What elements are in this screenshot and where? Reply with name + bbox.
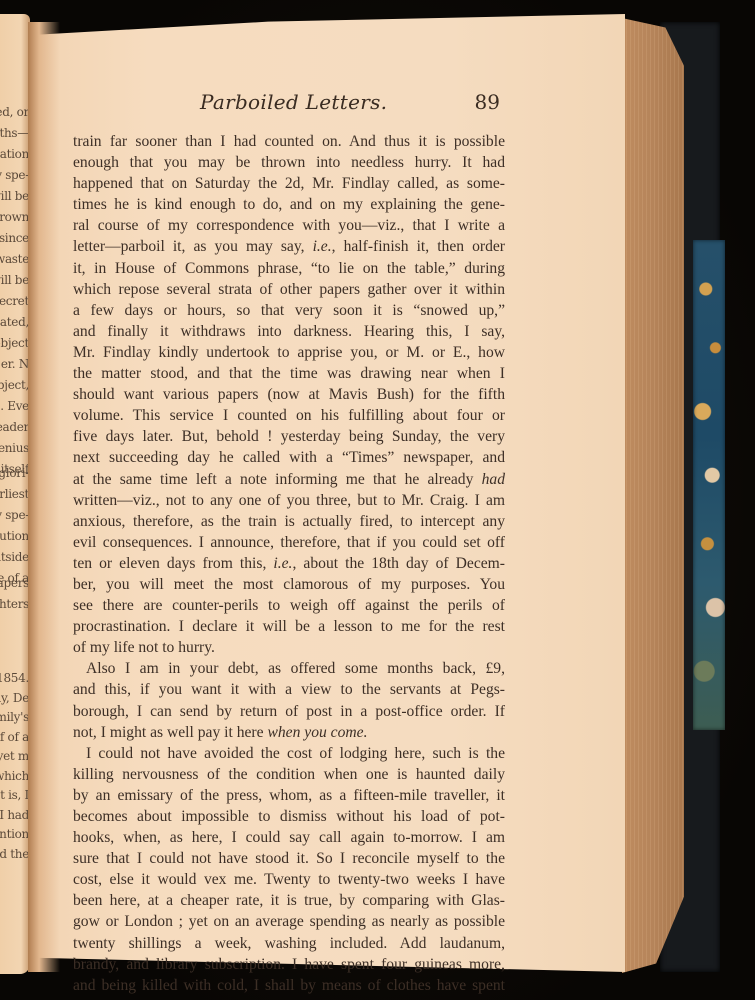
text-line: next succeeding day he called with a “Ti… <box>73 447 505 468</box>
text-line: letter—parboil it, as you may say, i.e.,… <box>73 236 505 257</box>
text-line: cost, else it would vex me. Twenty to tw… <box>73 869 505 890</box>
facing-page-text: nplated, <box>0 315 29 329</box>
facing-page-text: elation <box>0 147 29 161</box>
text-line: volume. This service I counted on his fu… <box>73 405 505 426</box>
body-text: train far sooner than I had counted on. … <box>73 131 505 996</box>
text-line: sure that I could not have stood it. So … <box>73 848 505 869</box>
facing-page-text: a secret <box>0 294 29 308</box>
facing-page-text: ughters <box>0 597 29 611</box>
text-line: by an emissary of the press, whom, as a … <box>73 785 505 806</box>
facing-page-text: o waste <box>0 252 29 266</box>
facing-page-text: y will be <box>0 273 29 287</box>
facing-page-text: e object <box>0 336 29 350</box>
text-line: killing nervousness of the condition whe… <box>73 764 505 785</box>
text-line: and being killed with cold, I shall by m… <box>73 975 505 996</box>
text-line: not, I might as well pay it here when yo… <box>73 722 505 743</box>
running-head: Parboiled Letters. <box>200 90 387 114</box>
text-line: ber, you will meet the most clamorous of… <box>73 574 505 595</box>
text-line: and finally it withdraws into darkness. … <box>73 321 505 342</box>
facing-page-text: Emily's <box>0 710 29 724</box>
text-line: it, in House of Commons phrase, “to lie … <box>73 258 505 279</box>
facing-page-text: er. N <box>1 357 29 371</box>
text-line: anxious, therefore, as the train is actu… <box>73 511 505 532</box>
text-line: ten or eleven days from this, i.e., abou… <box>73 553 505 574</box>
facing-page-text: er which <box>0 769 29 783</box>
text-line: see there are counter-perils to weigh of… <box>73 595 505 616</box>
text-line: I could not have avoided the cost of lod… <box>73 743 505 764</box>
facing-page-text: will be <box>0 189 29 203</box>
facing-page-text: volution <box>0 529 29 543</box>
text-line: a few days or hours, so that very soon i… <box>73 300 505 321</box>
facing-page-text: ch I had <box>0 808 29 822</box>
facing-page-text: ated, or <box>0 105 29 119</box>
text-line: Also I am in your debt, as offered some … <box>73 658 505 679</box>
facing-page-text: object, <box>0 378 29 392</box>
text-line: which repose several strata of other pap… <box>73 279 505 300</box>
text-line: of my life not to hurry. <box>73 637 505 658</box>
text-line: twenty shillings a week, washing include… <box>73 933 505 954</box>
facing-page-text: onths— <box>0 126 29 140</box>
facing-page-edge: ated, oronths—elationay spe-will bethrow… <box>0 14 30 974</box>
text-line: evil consequences. I announce, therefore… <box>73 532 505 553</box>
facing-page-text: act is, I <box>0 788 29 802</box>
text-line: gow or London ; yet on an average spendi… <box>73 911 505 932</box>
text-line: five days later. But, behold ! yesterday… <box>73 426 505 447</box>
facing-page-text: yet m <box>0 749 29 763</box>
text-line: been here, at a cheaper rate, it is true… <box>73 890 505 911</box>
text-line: borough, I can send by return of post in… <box>73 701 505 722</box>
facing-page-text: ited the <box>0 847 29 861</box>
facing-page-text: e earliest <box>0 487 29 501</box>
facing-page-text: ty spe- <box>0 508 29 522</box>
facing-page-text: 1854. <box>0 671 29 685</box>
text-line: at the same time left a note informing m… <box>73 469 505 490</box>
page-header: Parboiled Letters. 89 <box>200 90 500 120</box>
text-line: procrastination. I declare it will be a … <box>73 616 505 637</box>
text-line: Mr. Findlay kindly undertook to apprise … <box>73 342 505 363</box>
facing-page-text: day, De <box>0 691 29 705</box>
text-line: the matter stood, and that the time was … <box>73 363 505 384</box>
text-line: times he is kind enough to do, and on my… <box>73 194 505 215</box>
facing-page-text: ay spe- <box>0 168 29 182</box>
facing-page-text: n glori- <box>0 466 29 480</box>
page-number: 89 <box>475 90 500 114</box>
text-line: train far sooner than I had counted on. … <box>73 131 505 152</box>
text-line: ral course of my correspondence with you… <box>73 215 505 236</box>
text-line: written—viz., not to any one of you thre… <box>73 490 505 511</box>
facing-page-text: papers <box>0 576 29 590</box>
text-line: enough that you may be thrown into needl… <box>73 152 505 173</box>
facing-page-text: d, since <box>0 231 29 245</box>
gutter-shadow <box>28 22 60 972</box>
text-line: happened that on Saturday the 2d, Mr. Fi… <box>73 173 505 194</box>
marbled-endpaper <box>693 240 725 730</box>
text-line: becomes about impossible to dismiss with… <box>73 806 505 827</box>
facing-page-text: . Eve <box>0 399 29 413</box>
facing-page-text: elf of a <box>0 730 29 744</box>
facing-page-text: thrown <box>0 210 29 224</box>
facing-page-text: y genius <box>0 441 29 455</box>
facing-page-text: e reader <box>0 420 29 434</box>
facing-page-text: ttention <box>0 827 29 841</box>
facing-page-text: outside <box>0 550 29 564</box>
text-line: brandy, and library subscription. I have… <box>73 954 505 975</box>
text-line: should want various papers (now at Mavis… <box>73 384 505 405</box>
page-block-fore-edge <box>622 18 684 973</box>
text-line: and this, if you want it with a view to … <box>73 679 505 700</box>
text-line: hooks, when, as here, I could say call a… <box>73 827 505 848</box>
